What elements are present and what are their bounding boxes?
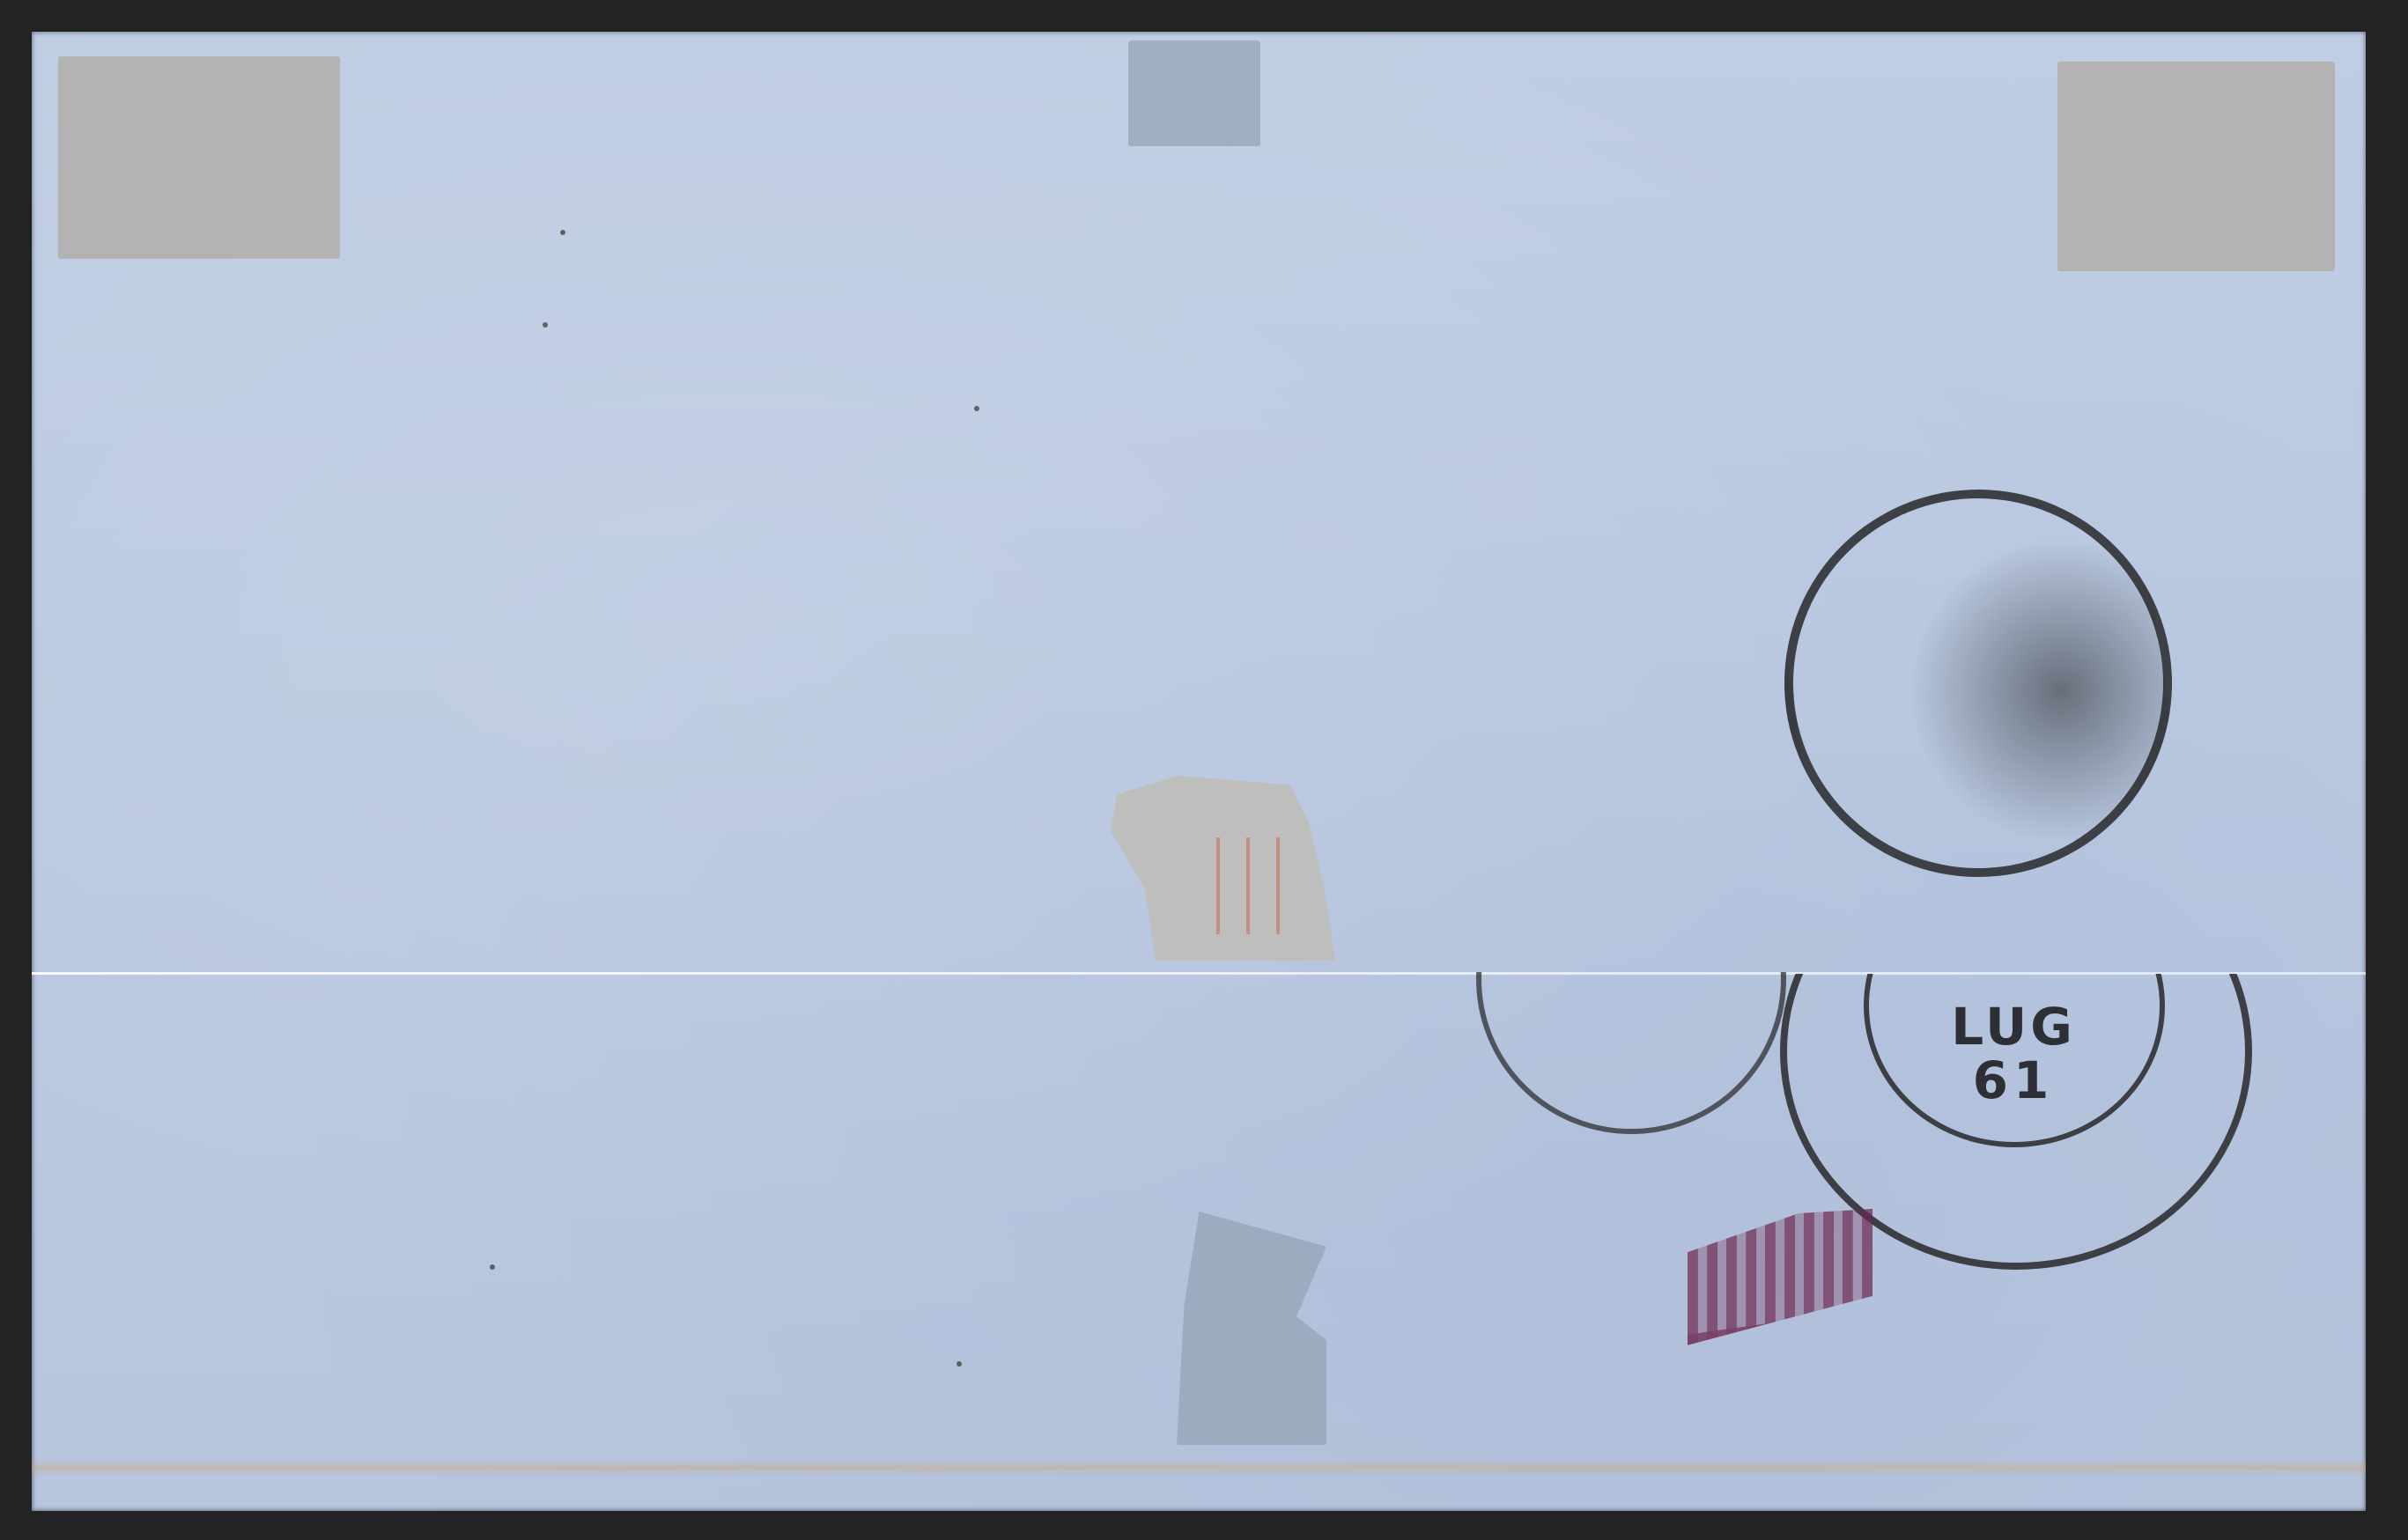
manuscript-mark	[1688, 1203, 1872, 1345]
paper-speck	[957, 1361, 962, 1367]
red-ink-marks	[1190, 837, 1287, 934]
paper-speck	[974, 406, 979, 411]
edge-toning	[32, 1460, 2366, 1476]
hinge-remnant-top-center	[1128, 41, 1260, 146]
hinge-remnant-top-right	[2057, 62, 2335, 271]
paper-speck	[560, 230, 565, 235]
letter-sheet: LUG 61	[32, 32, 2366, 1511]
paper-speck	[490, 1264, 495, 1270]
hinge-remnant-bottom-center	[1177, 1212, 1326, 1445]
paper-speck	[543, 322, 548, 328]
hinge-remnant-top-left	[58, 56, 340, 259]
postmark-date: LUG 61	[1925, 1000, 2101, 1108]
postmark-year: 61	[1925, 1054, 2101, 1108]
postmark-month: LUG	[1925, 1000, 2101, 1054]
